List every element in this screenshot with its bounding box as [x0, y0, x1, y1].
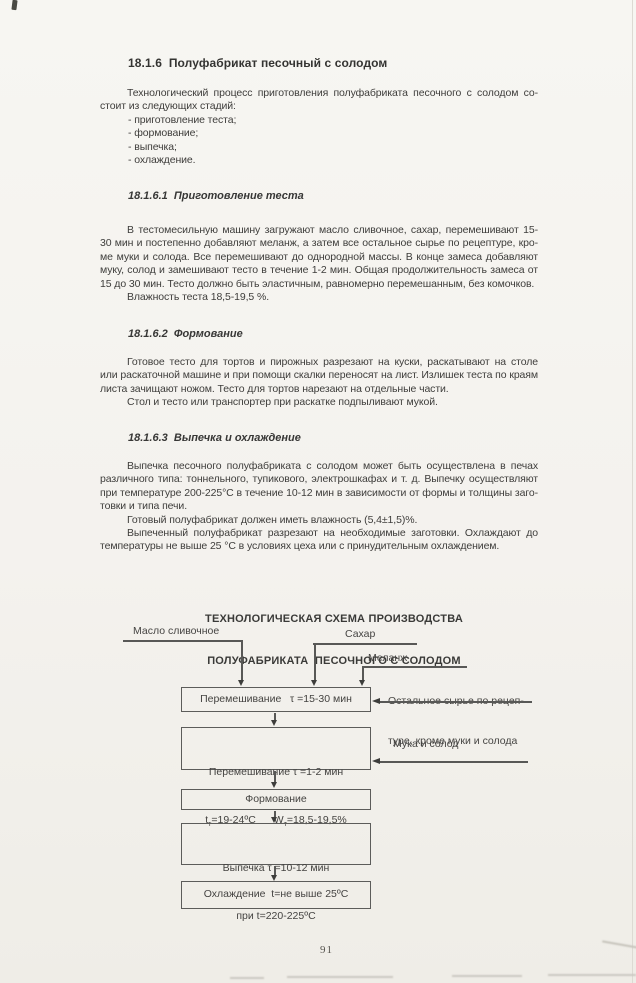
butter-line-drop [241, 640, 243, 681]
scan-artifact-right-edge [632, 0, 633, 983]
body-line: Стол и тесто или транспортер при раскатк… [100, 396, 538, 409]
body-line: Технологический процесс приготовления по… [100, 87, 538, 100]
flow-box-mixing1: Перемешивание τ =15-30 мин [181, 687, 371, 712]
melange-line [362, 666, 467, 668]
flow-box-baking: Выпечка τ =10-12 мин при t=220-225ºС [181, 823, 371, 865]
body-line: стоит из следующих стадий: [100, 100, 538, 113]
body-line: Готовый полуфабрикат должен иметь влажно… [100, 514, 538, 527]
intro-paragraph: Технологический процесс приготовления по… [100, 87, 538, 114]
flow-box-mixing2: Перемешивание τ =1-2 мин tт=19-24ºСWт=18… [181, 727, 371, 770]
flour-malt-arrow-icon [372, 758, 380, 764]
body-line: различного типа: тоннельного, тупикового… [100, 473, 538, 486]
body-line: 30 мин и постепенно добавляют меланж, а … [100, 237, 538, 250]
sugar-line-drop [314, 643, 316, 681]
list-item: - приготовление теста; [128, 114, 236, 127]
input-label-melange: Меланж [368, 652, 407, 664]
body-line: листа зачищают ножом. Тесто для тортов н… [100, 383, 538, 396]
body-line: ме муки и солода. Все перемешивают до од… [100, 251, 538, 264]
connector-1-arrow-icon [271, 720, 277, 726]
connector-2-arrow-icon [271, 782, 277, 788]
list-item: - формование; [128, 127, 236, 140]
flow-box-baking-line1: Выпечка τ =10-12 мин [182, 860, 370, 876]
flow-box-forming: Формование [181, 789, 371, 810]
sugar-line [313, 643, 417, 645]
section-title: 18.1.6 Полуфабрикат песочный с солодом [128, 56, 387, 70]
scheme-title-line1: ТЕХНОЛОГИЧЕСКАЯ СХЕМА ПРОИЗВОДСТВА [100, 612, 568, 626]
baking-paragraph: Выпечка песочного полуфабриката с солодо… [100, 460, 538, 554]
body-line: товки и типа печи. [100, 500, 538, 513]
melange-line-drop [362, 666, 364, 681]
input-label-other-raw: Остальное сырье по рецеп- туре, кроме му… [388, 668, 524, 775]
scan-artifact-corner [11, 0, 17, 10]
butter-arrow-icon [238, 680, 244, 686]
body-line: 15 до 30 мин. Тесто должно быть эластичн… [100, 278, 538, 291]
scan-artifact-smudge [452, 975, 522, 977]
flow-box-mixing2-line1: Перемешивание τ =1-2 мин [182, 764, 370, 780]
melange-arrow-icon [359, 680, 365, 686]
scan-artifact-smudge [548, 974, 636, 976]
body-line: или раскаточной машине и при помощи скал… [100, 369, 538, 382]
butter-line [123, 640, 242, 642]
body-line: муку, солод и замешивают тесто в течение… [100, 264, 538, 277]
body-line: Влажность теста 18,5-19,5 %. [100, 291, 538, 304]
body-line: Готовое тесто для тортов и пирожных разр… [100, 356, 538, 369]
input-label-butter: Масло сливочное [133, 625, 219, 637]
page-number: 91 [320, 944, 333, 956]
body-line: Выпеченный полуфабрикат разрезают на нео… [100, 527, 538, 540]
scan-artifact-smudge [287, 976, 393, 978]
input-label-sugar: Сахар [345, 628, 375, 640]
flow-box-baking-line2: при t=220-225ºС [182, 908, 370, 924]
other-raw-line [379, 701, 532, 703]
body-line: Выпечка песочного полуфабриката с солодо… [100, 460, 538, 473]
body-line: В тестомесильную машину загружают масло … [100, 224, 538, 237]
input-label-flour-malt: Мука и солод [393, 738, 458, 750]
section-heading-baking: 18.1.6.3 Выпечка и охлаждение [128, 432, 301, 444]
body-line: температуры не выше 25 °С в условиях цех… [100, 540, 538, 553]
body-line: при температуре 200-225°С в течение 10-1… [100, 487, 538, 500]
flow-box-cooling: Охлаждение t=не выше 25ºС [181, 881, 371, 909]
section-heading-dough: 18.1.6.1 Приготовление теста [128, 190, 304, 202]
scan-artifact-smudge [230, 977, 264, 979]
dough-paragraph: В тестомесильную машину загружают масло … [100, 224, 538, 304]
flour-malt-line [379, 761, 528, 763]
sugar-arrow-icon [311, 680, 317, 686]
stages-list: - приготовление теста; - формование; - в… [128, 114, 236, 168]
other-raw-arrow-icon [372, 698, 380, 704]
forming-paragraph: Готовое тесто для тортов и пирожных разр… [100, 356, 538, 410]
list-item: - охлаждение. [128, 154, 236, 167]
scan-artifact-smudge [602, 940, 636, 949]
scheme-title-line2: ПОЛУФАБРИКАТА ПЕСОЧНОГО С СОЛОДОМ [100, 654, 568, 668]
scanned-document-page: 18.1.6 Полуфабрикат песочный с солодом Т… [0, 0, 636, 983]
list-item: - выпечка; [128, 141, 236, 154]
section-heading-forming: 18.1.6.2 Формование [128, 328, 243, 340]
